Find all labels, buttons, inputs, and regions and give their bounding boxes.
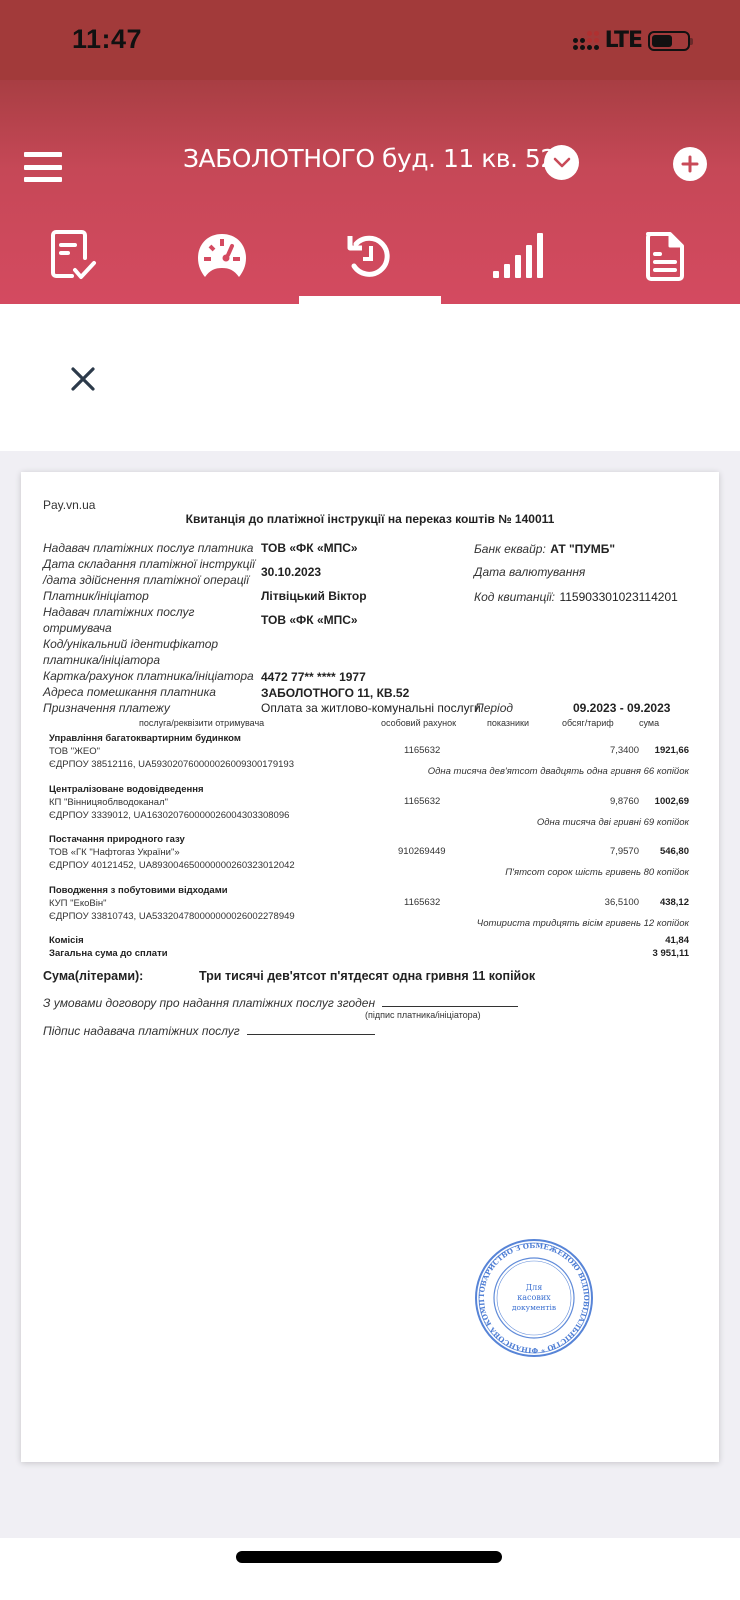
payer-psp-value: ТОВ «ФК «МПС» xyxy=(261,541,358,555)
svg-text:Для: Для xyxy=(526,1283,543,1292)
tab-documents[interactable] xyxy=(592,222,740,304)
svg-text:документів: документів xyxy=(512,1303,556,1312)
col-service: послуга/реквізити отримувача xyxy=(139,718,264,728)
history-icon xyxy=(342,228,398,284)
service-tariff: 7,3400 xyxy=(610,745,639,756)
service-details: ЄДРПОУ 3339012, UA1630207600000260043033… xyxy=(49,810,289,821)
purpose-value: Оплата за житлово-комунальні послуги xyxy=(261,701,481,715)
value-date-label: Дата валютування xyxy=(474,564,585,581)
receipt-document: Pay.vn.ua Квитанція до платіжної інструк… xyxy=(21,472,719,1462)
service-sum: 438,12 xyxy=(660,897,689,908)
tab-history[interactable] xyxy=(296,222,444,304)
col-sum: сума xyxy=(639,718,659,728)
svg-text:касових: касових xyxy=(517,1293,551,1302)
recipient-psp-value: ТОВ «ФК «МПС» xyxy=(261,613,358,627)
sum-words-label: Сума(літерами): xyxy=(43,969,143,983)
recipient-psp-label-1: Надавач платіжних послуг xyxy=(43,604,194,621)
service-sum-words: Одна тисяча дев'ятсот двадцять одна грив… xyxy=(428,766,689,777)
service-sum: 1921,66 xyxy=(655,745,689,756)
service-name: Управління багатоквартирним будинком xyxy=(49,733,241,744)
col-account: особовий рахунок xyxy=(381,718,456,728)
receipt-title: Квитанція до платіжної інструкції на пер… xyxy=(21,512,719,526)
tab-statistics[interactable] xyxy=(444,222,592,304)
tab-meters[interactable] xyxy=(148,222,296,304)
service-sum-words: П'ятсот сорок шість гривень 80 копійок xyxy=(505,867,689,878)
bank-acquirer: Банк еквайр: АТ "ПУМБ" xyxy=(474,540,615,558)
document-icon xyxy=(638,228,694,284)
service-sum: 546,80 xyxy=(660,846,689,857)
bar-chart-icon xyxy=(490,228,546,284)
commission-value: 41,84 xyxy=(665,935,689,946)
service-details: ЄДРПОУ 38512116, UA593020760000026009300… xyxy=(49,759,294,770)
payer-value: Літвіцький Віктор xyxy=(261,589,367,603)
col-volume-tariff: обсяг/тариф xyxy=(562,718,614,728)
payer-label: Платник/ініціатор xyxy=(43,588,149,605)
service-sum-words: Одна тисяча дві гривні 69 копійок xyxy=(537,817,689,828)
service-company: ТОВ "ЖЕО" xyxy=(49,746,100,757)
service-tariff: 7,9570 xyxy=(610,846,639,857)
service-sum-words: Чотириста тридцять вісім гривень 12 копі… xyxy=(477,918,689,929)
hamburger-menu-icon[interactable] xyxy=(24,152,62,182)
status-time: 11:47 xyxy=(72,24,142,55)
code-label-2: платника/ініціатора xyxy=(43,652,160,669)
service-name: Поводження з побутовими відходами xyxy=(49,885,228,896)
payer-signature-line xyxy=(382,995,518,1007)
total-value: 3 951,11 xyxy=(653,948,689,959)
commission-label: Комісія xyxy=(49,935,84,946)
service-account: 1165632 xyxy=(404,897,440,908)
service-account: 1165632 xyxy=(404,745,440,756)
status-bar: 11:47 LTE xyxy=(0,0,740,80)
service-sum: 1002,69 xyxy=(655,796,689,807)
service-tariff: 9,8760 xyxy=(610,796,639,807)
psp-signature: Підпис надавача платіжних послуг xyxy=(43,1023,375,1040)
signal-icon xyxy=(573,31,599,50)
bottom-safe-area xyxy=(0,1538,740,1600)
service-company: КП "Вінницяоблводоканал" xyxy=(49,797,168,808)
payer-psp-label: Надавач платіжних послуг платника xyxy=(43,540,253,557)
receipt-site: Pay.vn.ua xyxy=(43,498,95,512)
service-name: Постачання природного газу xyxy=(49,834,185,845)
company-stamp: ТОВАРИСТВО З ОБМЕЖЕНОЮ ВІДПОВІДАЛЬНІСТЮ … xyxy=(473,1237,595,1359)
document-check-icon xyxy=(46,228,102,284)
service-details: ЄДРПОУ 40121452, UA893004650000000260323… xyxy=(49,860,295,871)
tab-invoices[interactable] xyxy=(0,222,148,304)
service-company: КУП "ЕкоВін" xyxy=(49,898,106,909)
sum-words-value: Три тисячі дев'ятсот п'ятдесят одна грив… xyxy=(199,969,535,983)
purpose-label: Призначення платежу xyxy=(43,700,170,717)
viewer-toolbar xyxy=(0,304,740,451)
plus-icon[interactable] xyxy=(673,147,707,181)
app-header: ЗАБОЛОТНОГО буд. 11 кв. 52 xyxy=(0,80,740,304)
date-label-1: Дата складання платіжної інструкції xyxy=(43,556,255,573)
close-icon[interactable] xyxy=(68,364,98,394)
service-tariff: 36,5100 xyxy=(605,897,639,908)
home-indicator[interactable] xyxy=(236,1551,502,1563)
period-value: 09.2023 - 09.2023 xyxy=(573,701,670,715)
service-account: 910269449 xyxy=(398,846,446,857)
card-label: Картка/рахунок платника/ініціатора xyxy=(43,668,254,685)
address-value: ЗАБОЛОТНОГО 11, КВ.52 xyxy=(261,686,409,700)
speedometer-icon xyxy=(194,228,250,284)
period-label: Період xyxy=(475,700,513,717)
address-label: Адреса помешкання платника xyxy=(43,684,216,701)
payer-signature-caption: (підпис платника/ініціатора) xyxy=(365,1010,481,1020)
chevron-down-icon[interactable] xyxy=(544,145,579,180)
service-company: ТОВ «ГК "Нафтогаз України"» xyxy=(49,847,180,858)
psp-signature-line xyxy=(247,1023,375,1035)
col-readings: показники xyxy=(487,718,529,728)
status-indicators: LTE xyxy=(573,28,690,53)
receipt-code: Код квитанції: 115903301023114201 xyxy=(474,588,678,606)
main-tabs xyxy=(0,222,740,304)
service-name: Централізоване водовідведення xyxy=(49,784,204,795)
card-value: 4472 77** **** 1977 xyxy=(261,670,366,684)
network-type: LTE xyxy=(605,28,642,53)
date-label-2: /дата здійснення платіжної операції xyxy=(43,572,249,589)
code-label-1: Код/унікальний ідентифікатор xyxy=(43,636,218,653)
recipient-psp-label-2: отримувача xyxy=(43,620,112,637)
service-account: 1165632 xyxy=(404,796,440,807)
service-details: ЄДРПОУ 33810743, UA533204780000000026002… xyxy=(49,911,295,922)
date-value: 30.10.2023 xyxy=(261,565,321,579)
total-label: Загальна сума до сплати xyxy=(49,948,168,959)
battery-icon xyxy=(648,31,690,51)
address-title[interactable]: ЗАБОЛОТНОГО буд. 11 кв. 52 xyxy=(183,144,556,173)
